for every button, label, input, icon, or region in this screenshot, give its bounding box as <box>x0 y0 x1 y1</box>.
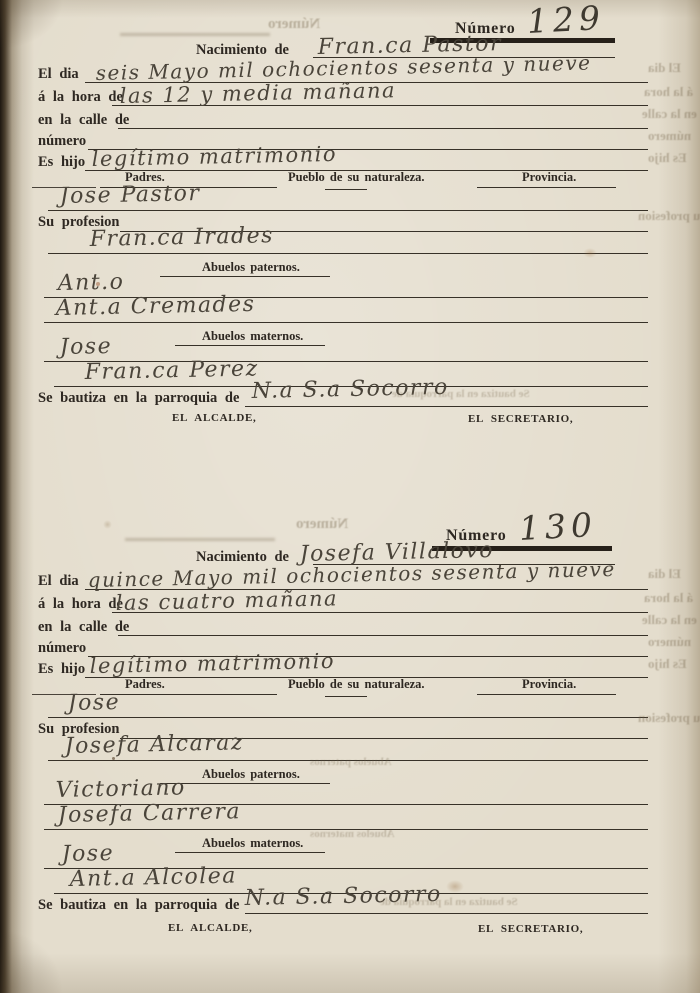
provincia-underline <box>477 694 616 695</box>
bleedthrough-text: número <box>648 634 691 650</box>
bleedthrough-rule <box>125 538 275 541</box>
paper-stain <box>583 248 597 258</box>
pueblo-header: Pueblo de su naturaleza. <box>288 170 425 185</box>
bleedthrough-text: Su profesion <box>638 710 700 726</box>
es-hijo-label: Es hijo <box>38 661 85 678</box>
bleedthrough-text: en la calle <box>642 612 697 628</box>
bleedthrough-text: El dia <box>648 566 681 582</box>
birth-hour-value: las 12 y media mañana <box>119 78 396 108</box>
mother-name-value: Fran.ca Irades <box>89 223 274 252</box>
rule-line <box>48 717 648 718</box>
el-dia-label: El dia <box>38 66 79 83</box>
paper-speck <box>96 282 100 286</box>
abuelos-maternos-header: Abuelos maternos. <box>202 836 303 851</box>
padres-header: Padres. <box>125 677 165 692</box>
abuelos-maternos-underline <box>175 852 325 853</box>
maternal-grandfather-value: Jose <box>59 334 112 360</box>
maternal-grandfather-value: Jose <box>61 841 114 867</box>
hora-label: á la hora de <box>38 89 123 106</box>
bleedthrough-text: Abuelos maternos <box>310 828 395 840</box>
father-name-value: Jose Pastor <box>59 181 200 209</box>
paper-stain <box>446 880 464 893</box>
maternal-grandmother-value: Ant.a Alcolea <box>69 864 237 892</box>
birth-date-value: quince Mayo mil ochocientos sesenta y nu… <box>87 557 615 592</box>
rule-line <box>245 913 648 914</box>
el-dia-label: El dia <box>38 573 79 590</box>
bleedthrough-rule <box>120 33 270 36</box>
bleedthrough-text: Se bautiza en la parroquia de <box>380 896 518 908</box>
secretario-label: EL SECRETARIO, <box>478 923 583 935</box>
registry-page-scan: Número 129 Nacimiento de Fran.ca Pastor … <box>0 0 700 993</box>
legitimacy-value: legítimo matrimonio <box>89 649 335 678</box>
paternal-grandmother-value: Josefa Carrera <box>57 799 241 828</box>
bleedthrough-text: Abuelos paternos <box>310 756 392 768</box>
provincia-underline <box>477 187 616 188</box>
father-name-value: Jose <box>67 690 120 716</box>
abuelos-paternos-header: Abuelos paternos. <box>202 260 300 275</box>
rule-line <box>118 635 648 636</box>
bleedthrough-text: á la hora <box>644 590 693 606</box>
birth-record-129: Número 129 Nacimiento de Fran.ca Pastor … <box>30 8 690 453</box>
calle-label: en la calle de <box>38 619 129 636</box>
bleedthrough-text: en la calle <box>642 106 697 122</box>
numero-value: 130 <box>518 505 598 548</box>
bleedthrough-text: Se bautiza en la parroquia de <box>392 388 530 400</box>
secretario-label: EL SECRETARIO, <box>468 413 573 425</box>
alcalde-label: EL ALCALDE, <box>172 412 256 424</box>
rule-line <box>48 253 648 254</box>
paper-stain <box>103 520 112 529</box>
numero-casa-label: número <box>38 640 86 657</box>
abuelos-maternos-header: Abuelos maternos. <box>202 329 303 344</box>
bleedthrough-text: á la hora <box>644 84 693 100</box>
bleedthrough-text: Su profesion <box>638 208 700 224</box>
bleedthrough-text: Número <box>268 16 320 33</box>
mother-name-value: Josefa Alcaraz <box>64 730 244 759</box>
calle-label: en la calle de <box>38 112 129 129</box>
bleedthrough-text: número <box>648 128 691 144</box>
rule-line <box>48 210 648 211</box>
es-hijo-label: Es hijo <box>38 154 85 171</box>
numero-casa-label: número <box>38 133 86 150</box>
pueblo-header: Pueblo de su naturaleza. <box>288 677 425 692</box>
bautizo-label: Se bautiza en la parroquia de <box>38 897 239 914</box>
provincia-header: Provincia. <box>522 677 576 692</box>
bleedthrough-text: El dia <box>648 60 681 76</box>
padres-underline <box>100 694 277 695</box>
paternal-grandfather-value: Victoriano <box>55 775 186 803</box>
numero-value: 129 <box>526 0 606 41</box>
bleedthrough-text: Es hijo <box>648 150 687 166</box>
bleedthrough-text: Número <box>296 516 348 533</box>
maternal-grandmother-value: Fran.ca Perez <box>84 356 258 385</box>
abuelos-maternos-underline <box>175 345 325 346</box>
birth-record-130: Número 130 Nacimiento de Josefa Villalov… <box>30 515 690 960</box>
rule-line <box>118 128 648 129</box>
paper-speck <box>112 757 115 760</box>
paternal-grandmother-value: Ant.a Cremades <box>55 292 255 321</box>
provincia-header: Provincia. <box>522 170 576 185</box>
bautizo-label: Se bautiza en la parroquia de <box>38 390 239 407</box>
abuelos-paternos-header: Abuelos paternos. <box>202 767 300 782</box>
paternal-grandfather-value: Ant.o <box>57 270 124 296</box>
pueblo-underline <box>325 189 367 190</box>
abuelos-paternos-underline <box>160 276 330 277</box>
birth-hour-value: las cuatro mañana <box>115 586 338 615</box>
legitimacy-value: legítimo matrimonio <box>91 142 337 171</box>
rule-line <box>245 406 648 407</box>
pueblo-underline <box>325 696 367 697</box>
rule-line <box>44 322 648 323</box>
hora-label: á la hora de <box>38 596 123 613</box>
alcalde-label: EL ALCALDE, <box>168 922 252 934</box>
bleedthrough-text: Es hijo <box>648 656 687 672</box>
